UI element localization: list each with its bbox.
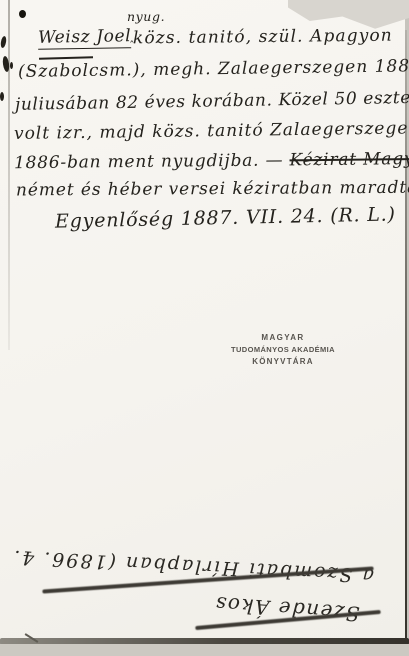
paper-crease-left <box>8 0 10 350</box>
scanned-card: Weisz Joel nyug. ‸ közs. tanitó, szül. A… <box>0 0 409 656</box>
note-line-6: német és héber versei kéziratban maradta… <box>16 178 409 201</box>
stamp-line-2: TUDOMÁNYOS AKADÉMIA <box>224 344 342 356</box>
ink-blot <box>10 62 13 69</box>
note-line-1: közs. tanitó, szül. Apagyon <box>133 26 393 49</box>
punch-hole-dot <box>19 10 26 18</box>
stamp-line-1: MAGYAR <box>224 332 342 344</box>
ink-blot <box>0 92 4 101</box>
subject-name-underlined: Weisz Joel <box>38 26 132 50</box>
note-line-5-text: 1886-ban ment nyugdijba. — <box>14 150 290 173</box>
note-line-5: 1886-ban ment nyugdijba. — Kézirat Magya… <box>14 149 409 173</box>
inserted-word-superscript: nyug. <box>127 9 165 24</box>
scan-margin-bottom <box>0 644 409 656</box>
stamp-line-3: KÖNYVTÁRA <box>224 356 342 368</box>
struck-out-words: Kézirat Magyar. <box>289 149 409 171</box>
library-stamp: MAGYAR TUDOMÁNYOS AKADÉMIA KÖNYVTÁRA <box>224 332 342 368</box>
